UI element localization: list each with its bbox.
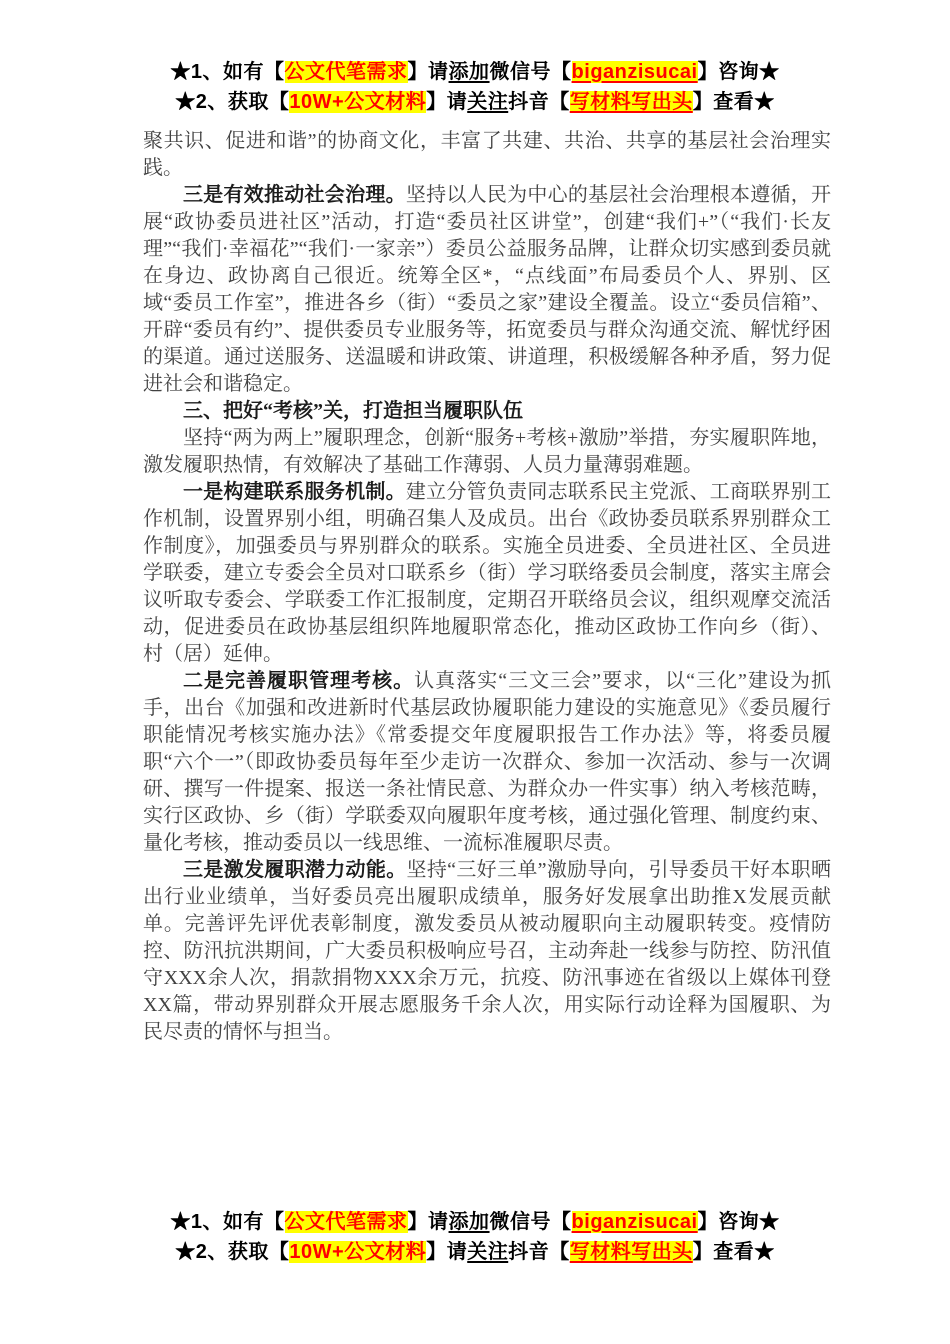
banner-text: 】请 [426,1241,467,1263]
banner-text: ★2、获取【 [175,1241,289,1263]
banner-text: 微信号【 [490,61,572,83]
banner-text: 抖音【 [508,1241,570,1263]
body-paragraph-potential-motivation: 三是激发履职潜力动能。坚持“三好三单”激励导向，引导委员干好本职晒出行业业绩单，… [143,857,831,1046]
add-action-text: 添加 [449,1211,490,1233]
writing-service-highlight: 公文代笔需求 [285,1211,408,1233]
paragraph-text: 建立分管负责同志联系民主党派、工商联界别工作机制，设置界别小组，明确召集人及成员… [143,481,831,665]
paragraph-lead-bold: 三是激发履职潜力动能。 [183,859,407,881]
follow-action-text: 关注 [467,1241,508,1263]
paragraph-text: 坚持“三好三单”激励导向，引导委员干好本职晒出行业业绩单，当好委员亮出履职成绩单… [143,859,831,1043]
banner-bottom-line-2: ★2、获取【10W+公文材料】请关注抖音【写材料写出头】查看★ [0,1237,950,1267]
banner-text: ★1、如有【 [170,1211,284,1233]
paragraph-lead-bold: 二是完善履职管理考核。 [183,670,414,692]
wechat-id-highlight: biganzisucai [572,1211,698,1233]
banner-text: 】咨询★ [698,61,780,83]
heading-text: 三、把好“考核”关，打造担当履职队伍 [183,400,523,422]
promo-banner-bottom: ★1、如有【公文代笔需求】请添加微信号【biganzisucai】咨询★ ★2、… [0,1207,950,1267]
paragraph-text: 认真落实“三文三会”要求，以“三化”建设为抓手，出台《加强和改进新时代基层政协履… [143,670,831,854]
banner-text: 】请 [408,1211,449,1233]
banner-text: 】查看★ [693,1241,775,1263]
writing-service-highlight: 公文代笔需求 [285,61,408,83]
document-body: 聚共识、促进和谐”的协商文化，丰富了共建、共治、共享的基层社会治理实践。 三是有… [143,128,831,1046]
promo-banner-top: ★1、如有【公文代笔需求】请添加微信号【biganzisucai】咨询★ ★2、… [0,57,950,117]
wechat-id-highlight: biganzisucai [572,61,698,83]
banner-text: 抖音【 [508,91,570,113]
banner-text: 】请 [426,91,467,113]
paragraph-text: 聚共识、促进和谐”的协商文化，丰富了共建、共治、共享的基层社会治理实践。 [143,130,831,179]
body-paragraph-liaison-mechanism: 一是构建联系服务机制。建立分管负责同志联系民主党派、工商联界别工作机制，设置界别… [143,479,831,668]
follow-action-text: 关注 [467,91,508,113]
body-paragraph-duty-assessment: 二是完善履职管理考核。认真落实“三文三会”要求，以“三化”建设为抓手，出台《加强… [143,668,831,857]
paragraph-text: 坚持以人民为中心的基层社会治理根本遵循，开展“政协委员进社区”活动，打造“委员社… [143,184,831,395]
banner-text: 】查看★ [693,91,775,113]
paragraph-lead-bold: 一是构建联系服务机制。 [183,481,406,503]
section-heading-assessment: 三、把好“考核”关，打造担当履职队伍 [143,398,831,425]
banner-text: 】请 [408,61,449,83]
banner-text: 微信号【 [490,1211,572,1233]
paragraph-lead-bold: 三是有效推动社会治理。 [183,184,406,206]
douyin-name-highlight: 写材料写出头 [570,1241,693,1263]
banner-text: 】咨询★ [698,1211,780,1233]
banner-bottom-line-1: ★1、如有【公文代笔需求】请添加微信号【biganzisucai】咨询★ [0,1207,950,1237]
douyin-name-highlight: 写材料写出头 [570,91,693,113]
document-page: ★1、如有【公文代笔需求】请添加微信号【biganzisucai】咨询★ ★2、… [0,0,950,1344]
materials-highlight: 10W+公文材料 [289,91,426,113]
paragraph-text: 坚持“两为两上”履职理念，创新“服务+考核+激励”举措，夯实履职阵地，激发履职热… [143,427,831,476]
add-action-text: 添加 [449,61,490,83]
body-paragraph-continuation: 聚共识、促进和谐”的协商文化，丰富了共建、共治、共享的基层社会治理实践。 [143,128,831,182]
banner-top-line-1: ★1、如有【公文代笔需求】请添加微信号【biganzisucai】咨询★ [0,57,950,87]
banner-text: ★1、如有【 [170,61,284,83]
banner-top-line-2: ★2、获取【10W+公文材料】请关注抖音【写材料写出头】查看★ [0,87,950,117]
body-paragraph-concept: 坚持“两为两上”履职理念，创新“服务+考核+激励”举措，夯实履职阵地，激发履职热… [143,425,831,479]
banner-text: ★2、获取【 [175,91,289,113]
body-paragraph-social-governance: 三是有效推动社会治理。坚持以人民为中心的基层社会治理根本遵循，开展“政协委员进社… [143,182,831,398]
materials-highlight: 10W+公文材料 [289,1241,426,1263]
